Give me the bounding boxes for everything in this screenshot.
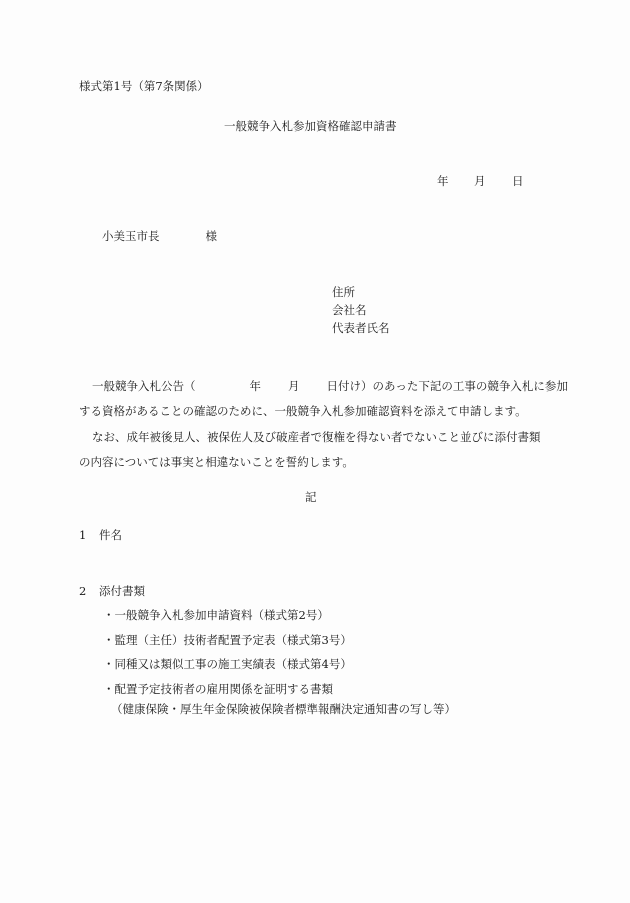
item-label: 件名 [99,528,122,542]
document-title: 一般競争入札参加資格確認申請書 [224,121,397,133]
ki-heading: 記 [305,492,317,504]
addressee: 小美玉市長様 [102,231,217,243]
body-paragraph-1-line-2: する資格があることの確認のために、一般競争入札参加確認資料を添えて申請します。 [79,406,559,418]
applicant-block: 住所 会社名 代表者氏名 [332,287,390,341]
notice-month-label: 月 [288,379,300,393]
addressee-honorific: 様 [206,229,218,243]
document-page: 様式第1号（第7条関係） 一般競争入札参加資格確認申請書 年月日 小美玉市長様 … [0,0,630,903]
body-paragraph-1-line-1: 一般競争入札公告（年月日付け）のあった下記の工事の競争入札に参加 [92,381,568,393]
item-project-name: 1件名 [79,530,122,542]
item-number: 1 [79,530,99,542]
notice-year-label: 年 [250,379,262,393]
addressee-name: 小美玉市長 [102,229,160,243]
attachment-item: ・同種又は類似工事の施工実績表（様式第4号） [103,659,352,684]
date-month-label: 月 [474,176,512,188]
notice-suffix: 日付け）のあった下記の工事の競争入札に参加 [327,379,568,393]
applicant-representative-label: 代表者氏名 [332,323,390,341]
attachment-note: （健康保険・厚生年金保険被保険者標準報酬決定通知書の写し等） [111,704,456,716]
body-paragraph-2-line-1: なお、成年被後見人、被保佐人及び破産者で復権を得ない者でないこと並びに添付書類 [92,432,541,444]
date-day-label: 日 [512,176,524,188]
date-year-label: 年 [437,176,474,188]
date-line: 年月日 [437,176,524,188]
notice-prefix: 一般競争入札公告（ [92,379,196,393]
item-label: 添付書類 [99,584,145,598]
attachment-list: ・一般競争入札参加申請資料（様式第2号） ・監理（主任）技術者配置予定表（様式第… [103,610,352,708]
item-number: 2 [79,586,99,598]
attachment-item: ・監理（主任）技術者配置予定表（様式第3号） [103,635,352,660]
item-attachments: 2添付書類 [79,586,145,598]
body-paragraph-2-line-2: の内容については事実と相違ないことを誓約します。 [79,457,559,469]
attachment-item: ・一般競争入札参加申請資料（様式第2号） [103,610,352,635]
form-number: 様式第1号（第7条関係） [79,81,209,93]
